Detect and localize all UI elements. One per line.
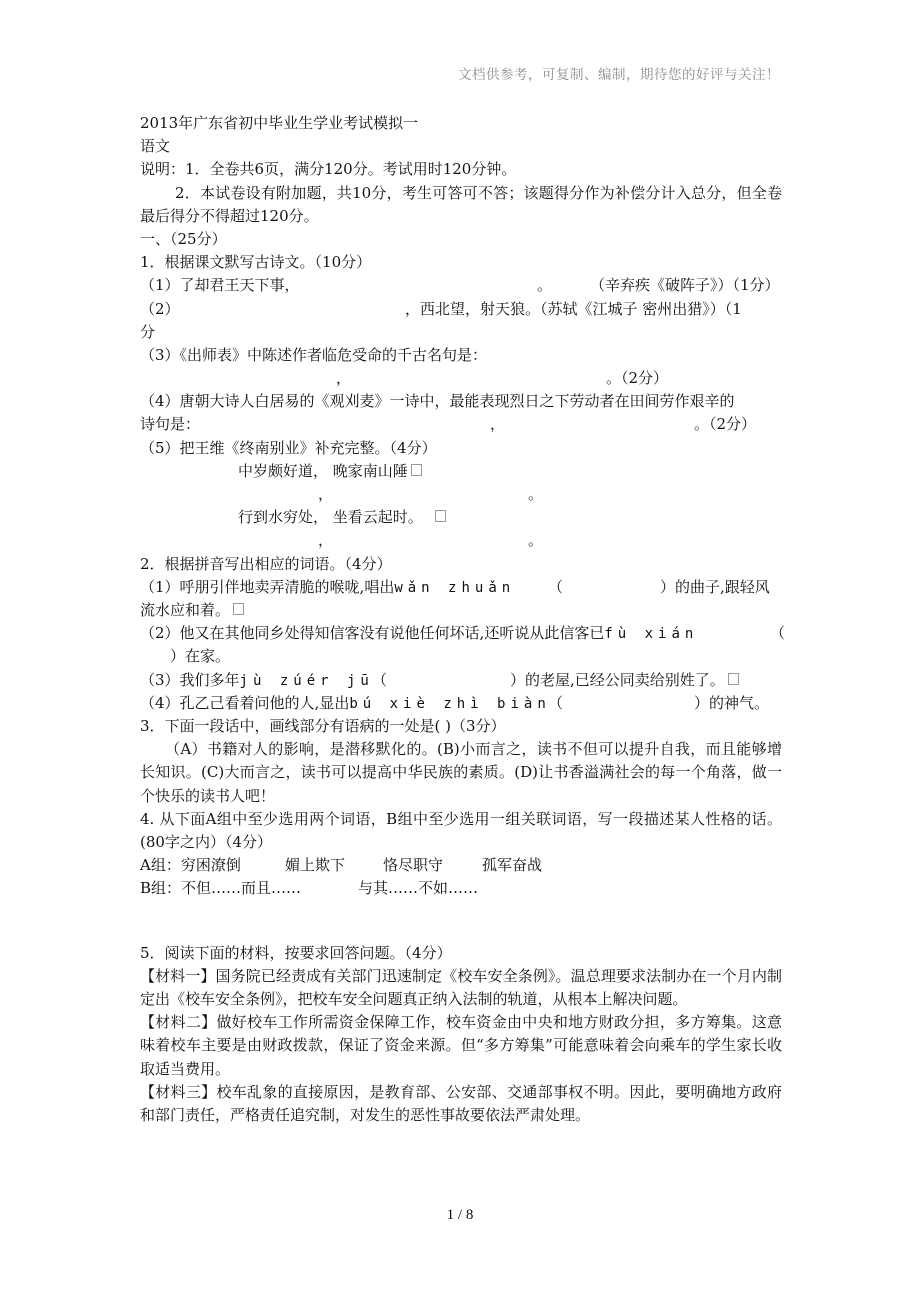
q1-item-4: （4）唐朝大诗人白居易的《观刈麦》一诗中，最能表现烈日之下劳动者在田间劳作艰辛的 bbox=[140, 390, 782, 413]
q1-item-3: （3）《出师表》中陈述作者临危受命的千古名句是： bbox=[140, 344, 782, 367]
q2-item-3-open: （ bbox=[372, 669, 387, 692]
poem-line-3-text: 行到水穷处， 坐看云起时。 bbox=[238, 508, 423, 526]
page-number: 1 / 8 bbox=[0, 1207, 920, 1224]
poem-line-1: 中岁颇好道， 晚家南山陲 bbox=[140, 460, 782, 483]
blank-line bbox=[140, 924, 782, 942]
q5-material-3-label: 【材料三】 bbox=[140, 1083, 216, 1101]
poem-blank-2-end: 。 bbox=[528, 529, 543, 552]
q1-item-4-answer: 诗句是： ， 。（2分） bbox=[140, 413, 782, 436]
q4-group-b-pair: 与其……不如…… bbox=[358, 877, 478, 900]
q1-item-3-answer: ， 。（2分） bbox=[140, 367, 782, 390]
q5-material-2-label: 【材料二】 bbox=[140, 1013, 216, 1031]
q1-item-5: （5）把王维《终南别业》补充完整。（4分） bbox=[140, 437, 782, 460]
q1-item-1-source: （辛弃疾《破阵子》）（1分） bbox=[590, 274, 780, 297]
q2-item-3-close-wrap: ）的老屋,已经公同卖给别姓了。 bbox=[510, 669, 739, 692]
q2-item-3-close: ）的老屋,已经公同卖给别姓了。 bbox=[510, 671, 725, 689]
q1-item-2-wrap: 分 bbox=[140, 321, 782, 344]
poem-blank-1-comma: ， bbox=[318, 483, 333, 506]
q4-group-a-word: 孤军奋战 bbox=[482, 854, 542, 877]
poem-line-1-text: 中岁颇好道， 晚家南山陲 bbox=[238, 462, 408, 480]
q1-item-1-answer-end: 。 bbox=[537, 274, 552, 297]
q2-item-3-text: （3）我们多年 bbox=[140, 671, 240, 689]
q1-item-4-end: 。（2分） bbox=[694, 413, 756, 436]
q2-item-1-pinyin: wǎn zhuǎn bbox=[394, 580, 515, 596]
q4-group-b-pair: 不但……而且…… bbox=[181, 879, 301, 897]
document-title: 2013年广东省初中毕业生学业考试模拟一 bbox=[140, 112, 782, 135]
document-body: 2013年广东省初中毕业生学业考试模拟一 语文 说明：1．全卷共6页，满分120… bbox=[140, 112, 782, 1127]
poem-blank-2: ， 。 bbox=[140, 529, 782, 552]
q2-item-3-pinyin: jù zúér jū bbox=[240, 673, 374, 689]
q1-item-2-middle: ，西北望，射天狼。（苏轼《江城子 密州出猎》）（1 bbox=[405, 298, 742, 321]
q2-item-1-open: （ bbox=[548, 576, 563, 599]
poem-blank-1-end: 。 bbox=[528, 483, 543, 506]
q2-item-3: （3）我们多年jù zúér jū （ ）的老屋,已经公同卖给别姓了。 bbox=[140, 669, 782, 692]
poem-blank-1: ， 。 bbox=[140, 483, 782, 506]
q4-group-b-label: B组： bbox=[140, 879, 181, 897]
q2-item-2-pinyin: fù xián bbox=[604, 626, 698, 642]
q2-item-1-text: （1）呼朋引伴地卖弄清脆的喉咙,唱出 bbox=[140, 578, 394, 596]
q2-item-4-text: （4）孔乙己看着问他的人,显出 bbox=[140, 694, 349, 712]
q3-passage: （A）书籍对人的影响，是潜移默化的。(B)小而言之，读书不但可以提升自我，而且能… bbox=[140, 738, 782, 808]
q1-item-4-comma: ， bbox=[490, 413, 505, 436]
q2-item-4: （4）孔乙己看着问他的人,显出bú xiè zhì biàn （ ）的神气。 bbox=[140, 692, 782, 715]
placeholder-box-icon bbox=[435, 510, 446, 522]
q2-item-1-close: ）的曲子,跟轻风 bbox=[660, 576, 770, 599]
q5-material-3-text: 校车乱象的直接原因，是教育部、公安部、交通部事权不明。因此，要明确地方政府和部门… bbox=[140, 1083, 782, 1124]
q5-material-2-text: 做好校车工作所需资金保障工作，校车资金由中央和地方财政分担，多方筹集。这意味着校… bbox=[140, 1013, 782, 1077]
q1-item-4-cont: 诗句是： bbox=[140, 415, 200, 433]
q2-item-4-close: ）的神气。 bbox=[694, 692, 769, 715]
q1-item-1: （1）了却君王天下事， 。 （辛弃疾《破阵子》）（1分） bbox=[140, 274, 782, 297]
q5-material-1-text: 国务院已经责成有关部门迅速制定《校车安全条例》。温总理要求法制办在一个月内制定出… bbox=[140, 967, 782, 1008]
q1-item-2: （2） ，西北望，射天狼。（苏轼《江城子 密州出猎》）（1 bbox=[140, 298, 782, 321]
q1-item-2-start: （2） bbox=[140, 300, 180, 318]
page-header-note: 文档供参考，可复制、编制，期待您的好评与关注！ bbox=[458, 63, 780, 83]
q2-item-2: （2）他又在其他同乡处得知信客没有说他任何坏话,还听说从此信客已fù xián … bbox=[140, 622, 782, 645]
instructions-line-2: 2．本试卷设有附加题，共10分，考生可答可不答；该题得分作为补偿分计入总分，但全… bbox=[140, 182, 782, 228]
q4-group-a-word: 穷困潦倒 bbox=[181, 856, 241, 874]
q2-item-1-wrap: 流水应和着。 bbox=[140, 599, 782, 622]
q2-item-2-wrap: ）在家。 bbox=[140, 645, 782, 668]
q2-item-1: （1）呼朋引伴地卖弄清脆的喉咙,唱出wǎn zhuǎn （ ）的曲子,跟轻风 bbox=[140, 576, 782, 599]
q2-item-4-pinyin: bú xiè zhì biàn bbox=[349, 696, 550, 712]
q2-prompt: 2．根据拼音写出相应的词语。（4分） bbox=[140, 553, 782, 576]
q1-item-3-end: 。（2分） bbox=[606, 367, 668, 390]
q5-material-3: 【材料三】校车乱象的直接原因，是教育部、公安部、交通部事权不明。因此，要明确地方… bbox=[140, 1081, 782, 1127]
poem-line-3: 行到水穷处， 坐看云起时。 bbox=[140, 506, 782, 529]
q5-material-1-label: 【材料一】 bbox=[140, 967, 216, 985]
section-1-heading: 一、（25分） bbox=[140, 228, 782, 251]
q4-group-a-label: A组： bbox=[140, 856, 181, 874]
q2-item-1-wrap-text: 流水应和着。 bbox=[140, 601, 230, 619]
q5-material-2: 【材料二】做好校车工作所需资金保障工作，校车资金由中央和地方财政分担，多方筹集。… bbox=[140, 1011, 782, 1081]
q1-item-3-comma: ， bbox=[336, 367, 351, 390]
q2-item-2-open: （ bbox=[770, 622, 785, 645]
q1-prompt: 1．根据课文默写古诗文。（10分） bbox=[140, 251, 782, 274]
q4-group-a-word: 媚上欺下 bbox=[285, 854, 345, 877]
q4-prompt: 4. 从下面A组中至少选用两个词语，B组中至少选用一组关联词语，写一段描述某人性… bbox=[140, 808, 782, 854]
instructions-line-1: 说明：1．全卷共6页，满分120分。考试用时120分钟。 bbox=[140, 158, 782, 181]
placeholder-box-icon bbox=[411, 464, 422, 476]
q3-prompt: 3．下面一段话中，画线部分有语病的一处是( )（3分） bbox=[140, 715, 782, 738]
q5-material-1: 【材料一】国务院已经责成有关部门迅速制定《校车安全条例》。温总理要求法制办在一个… bbox=[140, 965, 782, 1011]
q4-group-a: A组：穷困潦倒 媚上欺下 恪尽职守 孤军奋战 bbox=[140, 854, 782, 877]
placeholder-box-icon bbox=[728, 673, 739, 685]
q5-prompt: 5．阅读下面的材料，按要求回答问题。（4分） bbox=[140, 942, 782, 965]
q4-group-a-word: 恪尽职守 bbox=[383, 854, 443, 877]
q2-item-2-text: （2）他又在其他同乡处得知信客没有说他任何坏话,还听说从此信客已 bbox=[140, 624, 604, 642]
blank-line bbox=[140, 900, 782, 923]
document-subject: 语文 bbox=[140, 135, 782, 158]
q1-item-1-start: （1）了却君王天下事， bbox=[140, 276, 300, 294]
poem-blank-2-comma: ， bbox=[318, 529, 333, 552]
q2-item-4-open: （ bbox=[548, 692, 563, 715]
q4-group-b: B组：不但……而且…… 与其……不如…… bbox=[140, 877, 782, 900]
placeholder-box-icon bbox=[233, 603, 244, 615]
